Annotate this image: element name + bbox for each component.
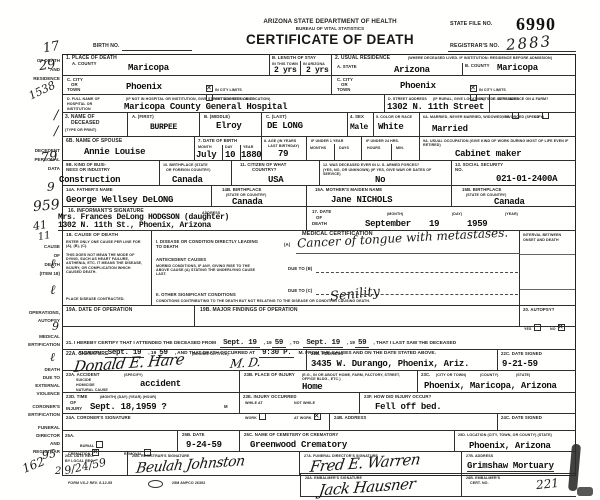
field-interval-onset-death: INTERVAL BETWEEN ONSET AND DEATH — [520, 231, 576, 306]
dob-month-value: July — [196, 150, 216, 160]
physician-date-label: 22C. DATE SIGNED — [501, 352, 542, 357]
under24-label: IF UNDER 24 HRS. — [366, 139, 399, 143]
margin-label: DIRECTOR — [36, 433, 60, 438]
injury-type-value: accident — [140, 379, 181, 389]
registrar-no-label: REGISTRAR'S NO. — [450, 44, 499, 50]
field-citizen: 11. CITIZEN OF WHAT COUNTRY? USA — [232, 161, 320, 186]
first-name-value: BURPEE — [150, 123, 177, 132]
time-of-injury-label: INJURY — [66, 407, 82, 412]
field-operation-findings: 19B. MAJOR FINDINGS OF OPERATION — [195, 306, 520, 327]
cause-note1: ENTER ONLY ONE CAUSE PER LINE FOR (A), (… — [66, 240, 146, 248]
antecedent-label: ANTECEDENT CAUSES — [156, 258, 206, 263]
field-usual-residence: 2. USUAL RESIDENCE (WHERE DECEASED LIVED… — [332, 54, 576, 76]
embalmer-cert-label: CERT. NO. — [470, 481, 489, 485]
field-date-received: 26A. DATE REC. BY LOCAL REG. 9/24/59 — [62, 452, 128, 476]
not-while-at-work-label: NOT WHILE — [294, 401, 315, 405]
degree-title-label: (DEGREE OR TITLE) — [192, 352, 229, 356]
dod-month-label: (MONTH) — [387, 212, 403, 216]
interval-line — [520, 254, 575, 255]
coroner-address-label: 24B. ADDRESS — [334, 416, 366, 421]
physician-degree-script: M. D. — [229, 355, 261, 371]
field-embalmer-cert-no: 28B. EMBALMER'S CERT. NO. 221 — [462, 474, 576, 497]
embalmer-cert-label: 28B. EMBALMER'S — [466, 476, 500, 480]
stay-state-value: 2 yrs — [306, 66, 329, 75]
field-coroner-signature: 24A. CORONER'S SIGNATURE — [62, 414, 330, 431]
street-label: D. STREET ADDRESS — [388, 97, 427, 101]
field-father-birthplace: 14B. BIRTHPLACE (STATE OR COUNTRY) Canad… — [212, 186, 307, 207]
field-injury-occurred: 23E. INJURY OCCURRED WHILE AT WORK NOT W… — [240, 393, 360, 414]
due-b-line — [316, 272, 518, 273]
hours-label: HOURS — [367, 146, 380, 150]
min-label: MIN. — [396, 146, 404, 150]
funeral-director-address-label: 27B. ADDRESS — [466, 454, 493, 458]
field-industry: 9B. KIND OF BUSI- NESS OR INDUSTRY Const… — [62, 161, 160, 186]
industry-label: NESS OR INDUSTRY — [66, 168, 110, 173]
field-cause-of-death-notes: 18. CAUSE OF DEATH ENTER ONLY ONE CAUSE … — [62, 231, 152, 306]
field-name-of-deceased-label: 3. NAME OF DECEASED (TYPE OR PRINT) — [62, 113, 128, 137]
margin-label: EXTERNAL — [35, 383, 60, 388]
disposition-date-value: 9-24-59 — [186, 440, 222, 450]
margin-label: FUNERAL — [38, 425, 60, 430]
embalmer-cert-value: 221 — [535, 476, 559, 492]
field-informant: 16. INFORMANT'S SIGNATURE ADDRESS Mrs. F… — [62, 207, 307, 231]
field-residence-city: C. CITY OR TOWN Phoenix IN CITY LIMITS O… — [332, 76, 576, 95]
field-medical-certification: MEDICAL CERTIFICATION I. DISEASE OR COND… — [152, 231, 520, 306]
margin-handwriting: 17 — [42, 39, 61, 57]
cemetery-value: Greenwood Crematory — [250, 440, 347, 450]
time-cols-label: (MONTH) (DAY) (YEAR) (HOUR) — [100, 395, 156, 399]
residence-state-label: A. STATE — [337, 65, 357, 70]
residence-county-label: B. COUNTY — [465, 64, 490, 69]
union-bug-icon — [148, 480, 163, 488]
cause-a-line — [296, 253, 520, 254]
cemetery-label: 25C. NAME OF CEMETERY OR CREMATORY — [244, 433, 338, 438]
field-physician-signature: 22A. SIGNATURE (DEGREE OR TITLE) Donald … — [62, 350, 307, 371]
street-note: (IF RURAL, GIVE LOCATION) — [433, 97, 485, 101]
margin-label: DUE TO — [43, 375, 60, 380]
birthplace-label: 10. BIRTHPLACE (STATE — [163, 163, 208, 167]
cause-label: 18. CAUSE OF DEATH — [66, 233, 118, 239]
mother-label: 15A. MOTHER'S MAIDEN NAME — [315, 188, 382, 193]
state-col-label: (STATE) — [516, 373, 530, 377]
operation-date-label: 19A. DATE OF OPERATION — [66, 308, 132, 314]
field-physician-address: 22B. ADDRESS 3435 W. Durango, Phoenix, A… — [307, 350, 498, 371]
field-time-of-injury: 23D. TIME (MONTH) (DAY) (YEAR) (HOUR) OF… — [62, 393, 240, 414]
sex-label: 4. SEX — [350, 115, 364, 120]
margin-label: CERTIFICATION — [28, 412, 60, 417]
stay-label: B. LENGTH OF STAY — [272, 56, 316, 61]
margin-label: CORONER'S — [32, 404, 60, 409]
residence-section-label: 2. USUAL RESIDENCE — [335, 56, 390, 62]
hospital-label: D. FULL NAME OF — [67, 97, 100, 101]
margin-handwriting: 9 — [47, 180, 55, 194]
margin-label: CAUSE — [44, 244, 60, 249]
grid-line — [462, 63, 463, 76]
field-mother-birthplace: 15B. BIRTHPLACE (STATE OR COUNTRY) Canad… — [452, 186, 576, 207]
disposition-label: 25A. — [65, 434, 74, 439]
operation-findings-label: 19B. MAJOR FINDINGS OF OPERATION — [200, 308, 298, 314]
field-hospital: D. FULL NAME OF HOSPITAL OR INSTITUTION … — [62, 95, 385, 113]
field-street-address: D. STREET ADDRESS (IF RURAL, GIVE LOCATI… — [385, 95, 490, 113]
field-birthplace: 10. BIRTHPLACE (STATE OR FOREIGN COUNTRY… — [160, 161, 232, 186]
margin-label: OPERATIONS, — [29, 310, 60, 315]
mother-bp-value: Canada — [494, 197, 525, 207]
hospital-note: (IF NOT IN HOSPITAL OR INSTITUTION, GIVE… — [126, 97, 296, 101]
while-at-work-label: WHILE AT — [245, 401, 263, 405]
margin-handwriting: ℓ — [50, 282, 55, 298]
race-label: 5. COLOR OR RACE — [376, 115, 412, 119]
field-mother-name: 15A. MOTHER'S MAIDEN NAME Jane NICHOLS — [307, 186, 452, 207]
county-label: A. COUNTY — [72, 62, 97, 67]
how-injury-value: Fell off bed. — [375, 402, 441, 412]
field-armed-forces: 12. WAS DECEASED EVER IN U. S. ARMED FOR… — [320, 161, 452, 186]
last-name-value: DE LONG — [267, 121, 303, 131]
grid-line — [391, 144, 392, 161]
days-label: DAYS — [339, 146, 349, 150]
birthplace-label: OR FOREIGN COUNTRY) — [166, 168, 211, 172]
dob-year-label: YEAR — [243, 145, 253, 149]
margin-label: DATA — [48, 166, 60, 171]
margin-handwriting: ℓ — [50, 256, 55, 272]
margin-handwriting: 9 — [52, 320, 59, 333]
dob-day-value: 10 — [225, 150, 235, 160]
stay-town-value: 2 yrs — [274, 66, 297, 75]
spouse-value: Annie Louise — [84, 147, 145, 157]
due-b-label: DUE TO (B) — [288, 267, 312, 272]
dod-year-label: (YEAR) — [505, 212, 518, 216]
armed-label: 12. WAS DECEASED EVER IN U. S. ARMED FOR… — [323, 163, 419, 167]
field-residence-farm: E. IS RESIDENCE ON A FARM? YES NO — [490, 95, 576, 113]
injury-loc-value: Phoenix, Maricopa, Arizona — [424, 381, 557, 391]
birthplace-value: Canada — [172, 175, 203, 185]
field-disposition-type: 25A. BURIAL CREMATION REMOVAL — [62, 431, 178, 452]
field-cemetery: 25C. NAME OF CEMETERY OR CREMATORY Green… — [240, 431, 455, 452]
margin-handwriting: 29 — [38, 57, 56, 74]
ssn-value: 021-01-2400A — [496, 174, 557, 184]
field-disposition-location: 25D. LOCATION (CITY, TOWN, OR COUNTY) (S… — [455, 431, 576, 452]
disposition-location-label: 25D. LOCATION (CITY, TOWN, OR COUNTY) (S… — [458, 433, 573, 437]
field-coroner-address: 24B. ADDRESS — [330, 414, 498, 431]
county-col-label: (COUNTY) — [480, 373, 498, 377]
field-injury-type: 23A. ACCIDENT (SPECIFY) SUICIDE HOMICIDE… — [62, 371, 240, 393]
place-city-value: Phoenix — [126, 82, 162, 92]
margin-handwriting: 79 — [40, 149, 58, 166]
city-or-town-label: (CITY OR TOWN) — [436, 373, 466, 377]
months-label: MONTHS — [310, 146, 326, 150]
middle-name-value: Elroy — [216, 121, 242, 131]
birth-no-blank-line — [122, 50, 192, 51]
field-social-security: 13. SOCIAL SECURITY NO. 021-01-2400A — [452, 161, 576, 186]
father-value: George Wellsey DeLONG — [66, 195, 173, 205]
cause-a-label: (A) — [284, 243, 290, 248]
last-name-label: C. (LAST) — [266, 115, 286, 120]
father-label: 14A. FATHER'S NAME — [66, 188, 113, 193]
city-label: TOWN — [337, 88, 350, 93]
name-note: (TYPE OR PRINT) — [65, 128, 96, 132]
dod-day-value: 19 — [429, 219, 439, 229]
margin-handwriting: ℓ — [50, 350, 55, 365]
field-date-of-death: 17. DATE OF DEATH (MONTH) (DAY) (YEAR) S… — [307, 207, 576, 231]
field-if-under-24-hrs: IF UNDER 24 HRS. HOURS MIN. — [362, 137, 420, 161]
interval-label: ONSET AND DEATH — [523, 238, 559, 242]
armed-value: No — [375, 175, 385, 185]
first-name-label: A. (FIRST) — [132, 115, 154, 120]
dob-month-label: MONTH — [198, 145, 212, 149]
disposition-date-label: 25B. DATE — [182, 433, 205, 438]
mother-value: Jane NICHOLS — [331, 195, 392, 205]
coroner-date-label: 24C. DATE SIGNED — [501, 416, 542, 421]
field-if-under-1-year: IF UNDER 1 YEAR MONTHS DAYS — [307, 137, 362, 161]
disposition-location-value: Phoenix, Arizona — [469, 441, 551, 451]
department-title: ARIZONA STATE DEPARTMENT OF HEALTH — [228, 19, 432, 25]
marital-value: Married — [432, 124, 468, 134]
street-value: 1302 N. 11th Street — [387, 102, 484, 112]
field-marital-status: 6A. MARRIED, NEVER MARRIED, WIDOWED, DIV… — [420, 113, 576, 137]
citizen-label: COUNTRY? — [252, 168, 277, 173]
place-of-injury-value: Home — [302, 382, 322, 392]
field-physician-date-signed: 22C. DATE SIGNED 9-21-59 — [498, 350, 576, 371]
place-of-injury-label: 23B. PLACE OF INJURY — [244, 373, 295, 378]
physician-date-value: 9-21-59 — [502, 359, 538, 369]
bureau-title: BUREAU OF VITAL STATISTICS — [228, 26, 432, 32]
physician-address-label: 22B. ADDRESS — [311, 352, 343, 357]
dod-day-label: (DAY) — [452, 212, 462, 216]
field-usual-occupation: 9A. USUAL OCCUPATION (GIVE KIND OF WORK … — [420, 137, 576, 161]
name-label: DECEASED — [71, 121, 100, 127]
margin-label: MEDICAL — [39, 334, 60, 339]
hour-m-label: M — [224, 405, 228, 410]
injury-loc-label: 23C. — [421, 373, 430, 378]
scan-artifact — [577, 487, 593, 496]
field-injury-location: 23C. (CITY OR TOWN) (COUNTY) (STATE) Pho… — [418, 371, 576, 393]
field-autopsy: 20. AUTOPSY? YES NO — [520, 306, 576, 327]
physician-address-value: 3435 W. Durango, Phoenix, Ariz. — [311, 359, 469, 369]
margin-handwriting: 2 — [55, 466, 61, 477]
autopsy-label: 20. AUTOPSY? — [523, 308, 555, 313]
grid-line — [334, 144, 335, 161]
field-registrar-signature: 26B. REGISTRAR'S SIGNATURE Beulah Johnst… — [128, 452, 300, 476]
margin-handwriting: / — [54, 124, 58, 139]
field-how-injury-occurred: 23F. HOW DID INJURY OCCUR? Fell off bed. — [360, 393, 576, 414]
dod-month-value: September — [365, 219, 411, 229]
occupation-value: Cabinet maker — [455, 149, 521, 159]
suicide-label: SUICIDE — [76, 378, 91, 382]
dob-year-value: 1880 — [241, 150, 261, 160]
time-of-injury-value: Sept. 18,1959 ? — [90, 402, 167, 412]
natural-cause-label: NATURAL CAUSE — [76, 388, 108, 392]
hospital-value: Maricopa County General Hospital — [124, 102, 287, 112]
certificate-title: CERTIFICATE OF DEATH — [218, 32, 442, 47]
grid-line — [222, 145, 223, 161]
date-rec-label: 26A. DATE REC. — [65, 454, 94, 458]
cause-note3: PLACE DISEASE CONTRACTED. — [66, 297, 125, 301]
field-color-or-race: 5. COLOR OR RACE White — [374, 113, 420, 137]
residence-section-note: (WHERE DECEASED LIVED. IF INSTITUTION: R… — [408, 56, 572, 60]
due-c-label: DUE TO (C) — [288, 289, 312, 294]
injury-occurred-label: 23E. INJURY OCCURRED — [243, 395, 297, 400]
occupation-label: 9A. USUAL OCCUPATION (GIVE KIND OF WORK … — [423, 139, 571, 147]
field-date-of-operation: 19A. DATE OF OPERATION — [62, 306, 195, 327]
field-funeral-director-signature: 27A. FUNERAL DIRECTOR'S SIGNATURE Fred E… — [300, 452, 462, 474]
coroner-sig-label: 24A. CORONER'S SIGNATURE — [66, 416, 131, 421]
print-info: 25M ANPCO 26392 — [172, 481, 205, 485]
field-age: 8. AGE (IN YEARS LAST BIRTHDAY) 79 — [262, 137, 307, 161]
margin-handwriting: / — [54, 108, 58, 123]
grid-line — [300, 61, 301, 76]
field-coroner-date: 24C. DATE SIGNED — [498, 414, 576, 431]
field-disposition-date: 25B. DATE 9-24-59 — [178, 431, 240, 452]
citizen-value: USA — [268, 175, 283, 185]
age-value: 79 — [278, 149, 288, 159]
field-first-name: A. (FIRST) BURPEE — [128, 113, 200, 137]
interval-line — [520, 289, 575, 290]
field-place-city: C. CITY OR TOWN Phoenix IN CITY LIMITS O… — [62, 76, 332, 95]
industry-value: Construction — [59, 175, 120, 185]
field-sex: 4. SEX Male — [348, 113, 374, 137]
county-value: Maricopa — [128, 63, 169, 73]
specify-label: (SPECIFY) — [124, 373, 143, 377]
hospital-label: HOSPITAL OR — [67, 102, 92, 106]
field-certify-statement: 21. I HEREBY CERTIFY THAT I ATTENDED THE… — [62, 327, 576, 350]
age-label: 8. AGE (IN YEARS — [264, 139, 296, 143]
registrar-no-line — [448, 51, 576, 52]
margin-label: CERTIFICATION — [28, 342, 60, 347]
part1-label: I. DISEASE OR CONDITION DIRECTLY LEADING… — [156, 240, 264, 250]
field-father-name: 14A. FATHER'S NAME George Wellsey DeLONG — [62, 186, 212, 207]
residence-state-value: Arizona — [394, 65, 430, 75]
birth-no-label: BIRTH NO. — [93, 44, 119, 50]
sex-value: Male — [350, 123, 368, 132]
place-of-injury-note: (E.G., IN OR ABOUT HOME, FARM, FACTORY, … — [302, 373, 412, 381]
funeral-director-address-value: Grimshaw Mortuary — [467, 461, 554, 472]
margin-label: DEATH — [45, 367, 60, 372]
dob-day-label: DAY — [225, 145, 233, 149]
dod-label: DEATH — [312, 222, 327, 227]
cause-note2: THIS DOES NOT MEAN THE MODE OF DYING, SU… — [66, 253, 146, 274]
residence-county-value: Maricopa — [497, 63, 538, 73]
field-place-of-injury: 23B. PLACE OF INJURY (E.G., IN OR ABOUT … — [240, 371, 418, 393]
ssn-label: NO. — [455, 168, 463, 173]
field-spouse: 6B. NAME OF SPOUSE Annie Louise — [62, 137, 195, 161]
residence-city-value: Phoenix — [400, 81, 436, 91]
field-place-of-death-county: 1. PLACE OF DEATH A. COUNTY Maricopa — [62, 54, 270, 76]
interval-label: INTERVAL BETWEEN — [523, 233, 561, 237]
city-label: TOWN — [67, 88, 80, 93]
margin-handwriting: 959 — [32, 197, 60, 215]
field-middle-name: B. (MIDDLE) Elroy — [200, 113, 262, 137]
part2-label: II. OTHER SIGNIFICANT CONDITIONS — [156, 293, 236, 298]
margin-label: AND — [50, 441, 60, 446]
margin-handwriting: 11 — [37, 230, 51, 243]
field-last-name: C. (LAST) DE LONG — [262, 113, 348, 137]
form-number: FORM VS-2 REV. 8-12-55 — [68, 481, 112, 485]
farm-label: E. IS RESIDENCE ON A FARM? — [493, 97, 573, 101]
father-bp-value: Canada — [232, 197, 263, 207]
dob-label: 7. DATE OF BIRTH — [198, 139, 237, 144]
how-injury-label: 23F. HOW DID INJURY OCCUR? — [364, 395, 431, 400]
under1-label: IF UNDER 1 YEAR — [311, 139, 343, 143]
middle-name-label: B. (MIDDLE) — [204, 115, 230, 120]
margin-label: VIOLENCE — [37, 391, 60, 396]
field-date-of-birth: 7. DATE OF BIRTH MONTH DAY YEAR July 10 … — [195, 137, 262, 161]
spouse-label: 6B. NAME OF SPOUSE — [66, 139, 122, 145]
informant-address-value: 1302 N. 11th St., Phoenix, Arizona — [58, 221, 211, 231]
death-certificate-scan: BIRTH NO. ARIZONA STATE DEPARTMENT OF HE… — [0, 0, 600, 500]
marital-label: 6A. MARRIED, NEVER MARRIED, WIDOWED, DIV… — [423, 115, 571, 119]
race-value: White — [378, 122, 404, 132]
hospital-label: INSTITUTION — [67, 107, 91, 111]
field-funeral-director-address: 27B. ADDRESS Grimshaw Mortuary — [462, 452, 576, 474]
age-label: LAST BIRTHDAY) — [268, 144, 299, 148]
field-length-of-stay: B. LENGTH OF STAY IN THIS TOWN 2 yrs IN … — [270, 54, 332, 76]
state-file-label: STATE FILE NO. — [450, 22, 493, 28]
homicide-label: HOMICIDE — [76, 383, 95, 387]
antecedent-note: MORBID CONDITIONS, IF ANY, GIVING RISE T… — [156, 264, 264, 277]
field-embalmer-signature: 28A. EMBALMER'S SIGNATURE Jack Hausner — [300, 474, 462, 497]
